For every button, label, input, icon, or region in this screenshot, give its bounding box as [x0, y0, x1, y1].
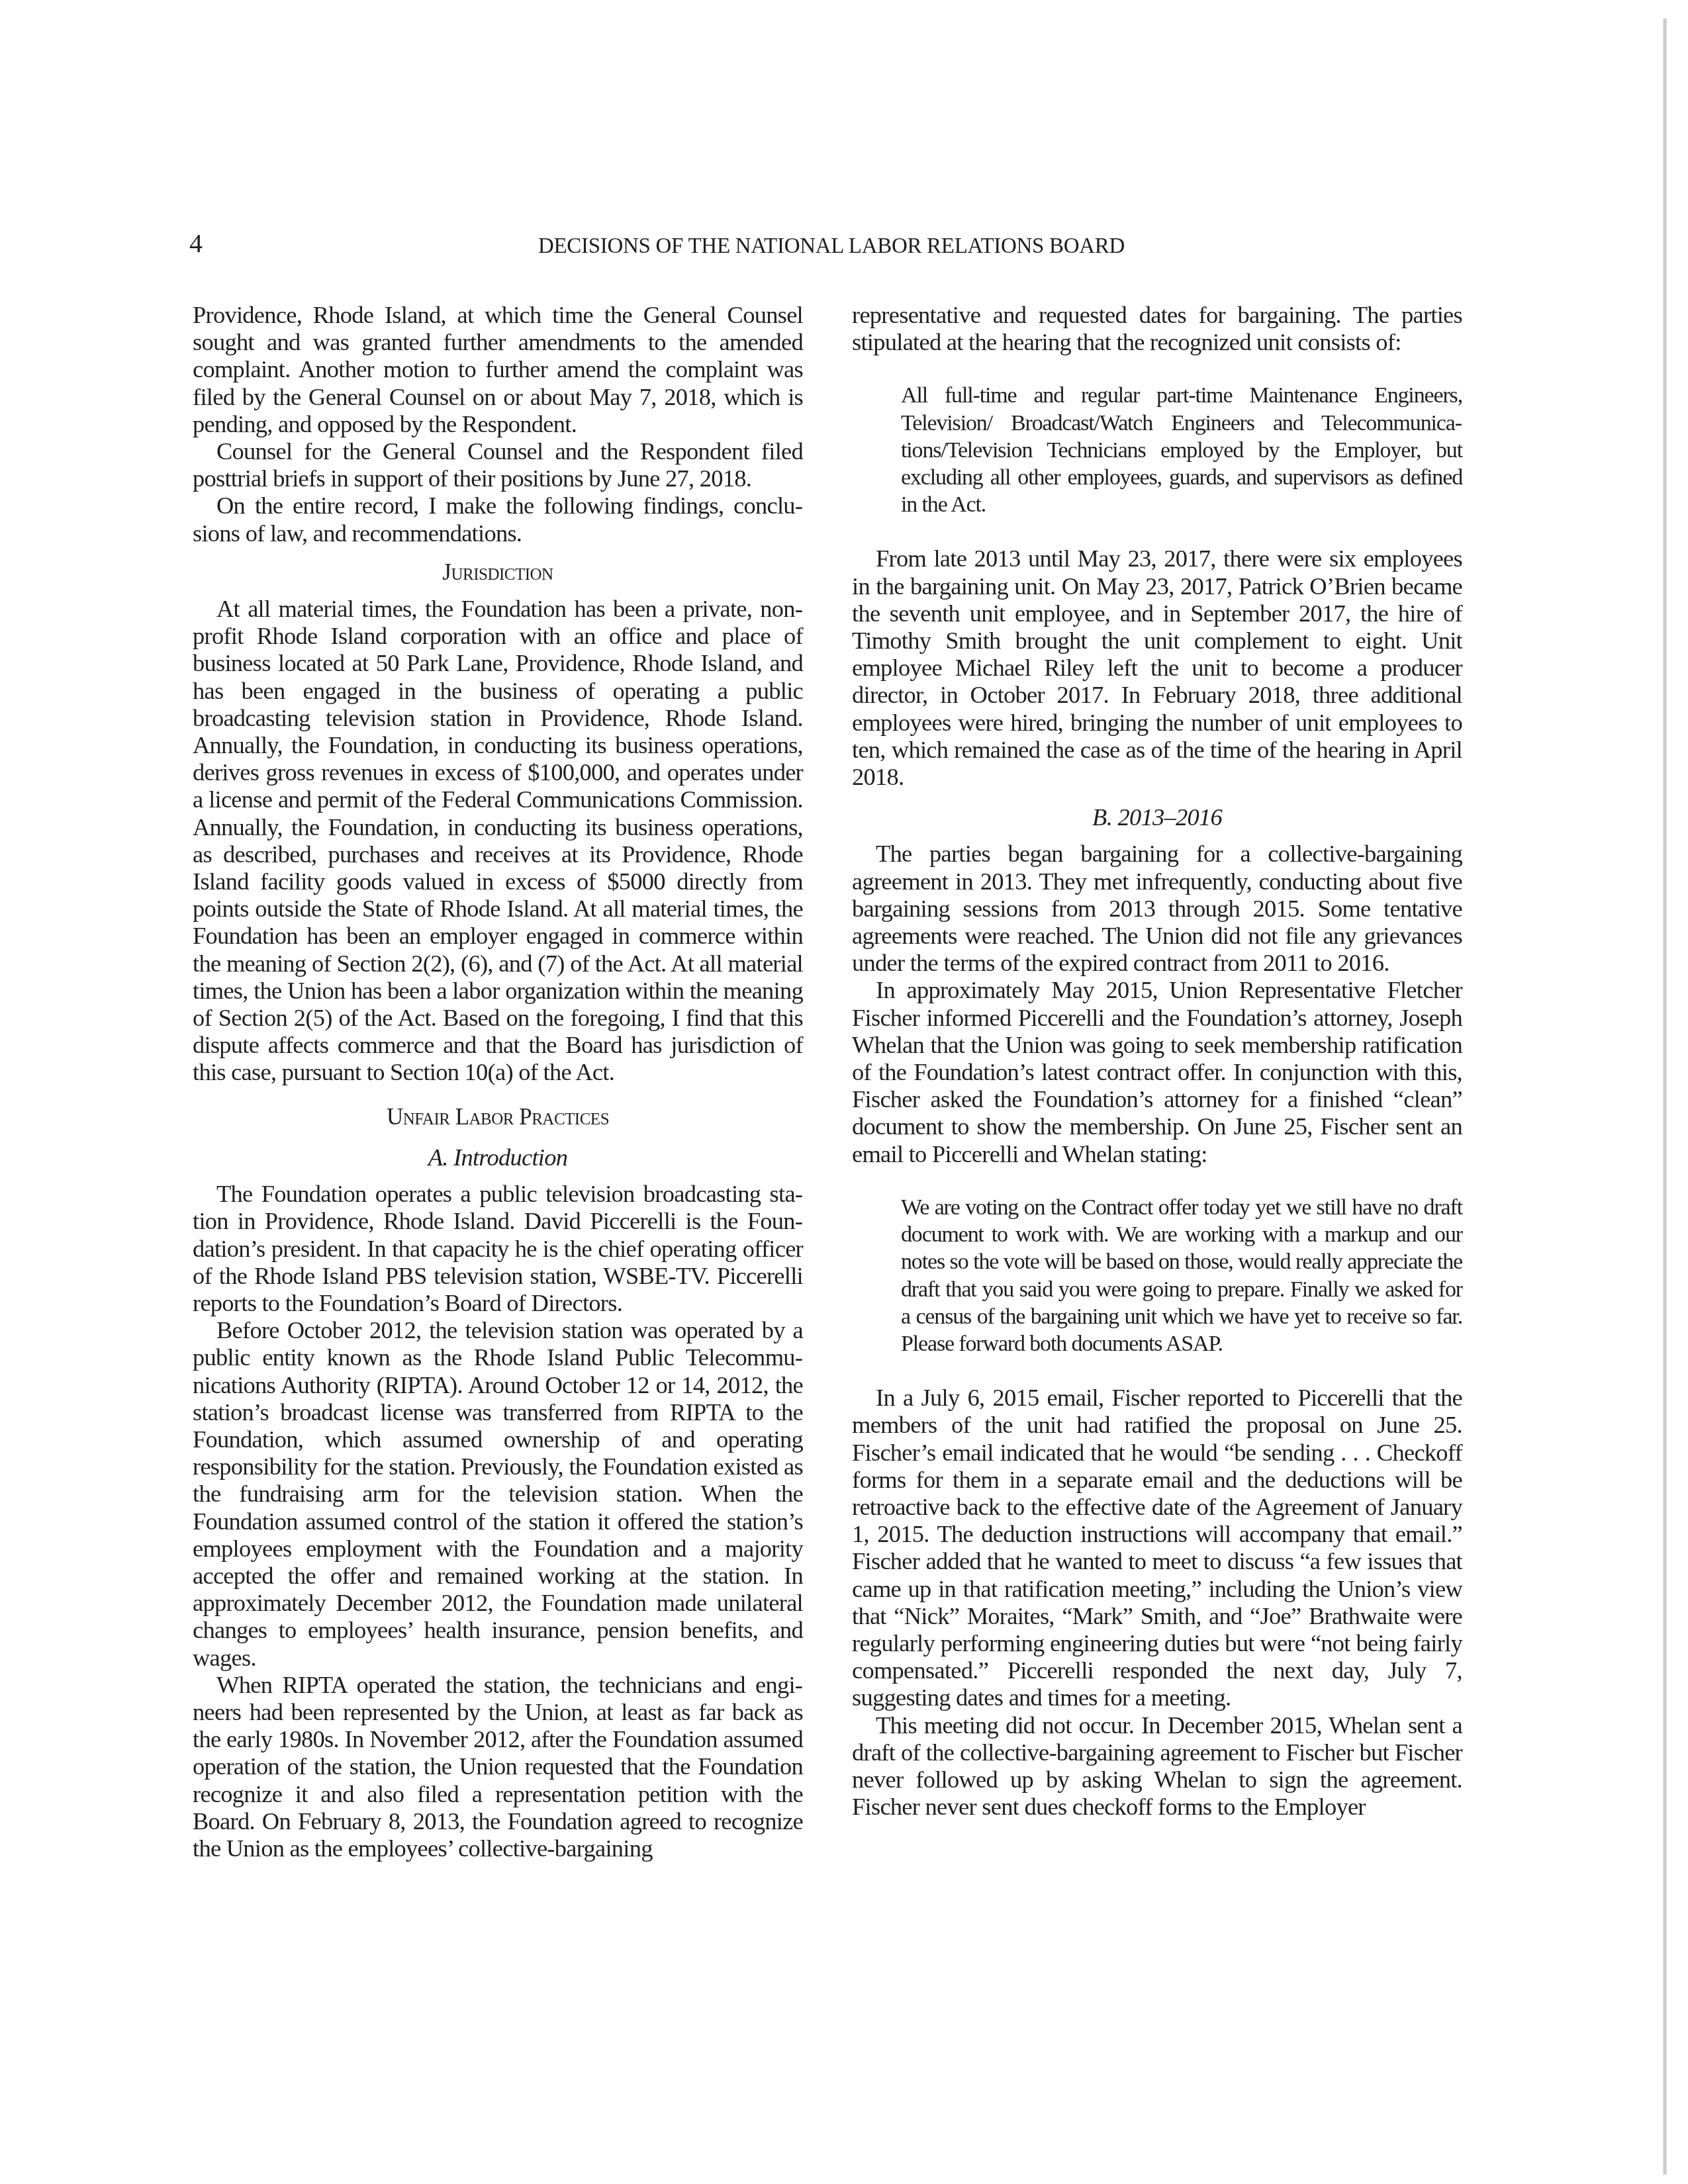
paragraph: This meeting did not occur. In December …: [852, 1711, 1462, 1821]
paragraph: In approximately May 2015, Union Represe…: [852, 976, 1462, 1167]
paragraph: At all material times, the Foundation ha…: [193, 595, 803, 1086]
block-quote-unit-description: All full-time and regular part-time Main…: [901, 382, 1462, 518]
left-column: Providence, Rhode Island, at which time …: [193, 301, 803, 1862]
right-column: representative and requested dates for b…: [852, 301, 1462, 1820]
paragraph: Providence, Rhode Island, at which time …: [193, 301, 803, 437]
section-heading-unfair-labor-practices: Unfair Labor Practices: [193, 1103, 803, 1130]
subsection-heading-introduction: A. Introduction: [193, 1144, 803, 1171]
running-head: DECISIONS OF THE NATIONAL LABOR RELATION…: [192, 233, 1462, 259]
paragraph: When RIPTA operated the station, the tec…: [193, 1671, 803, 1862]
subsection-heading-2013-2016: B. 2013–2016: [852, 803, 1462, 831]
paragraph: In a July 6, 2015 email, Fischer reporte…: [852, 1384, 1462, 1711]
paragraph: Before October 2012, the television stat…: [193, 1316, 803, 1671]
paragraph: Counsel for the General Counsel and the …: [193, 437, 803, 492]
scan-edge-line: [1663, 19, 1667, 2175]
paragraph: From late 2013 until May 23, 2017, there…: [852, 545, 1462, 790]
paragraph: The Foundation operates a public televis…: [193, 1180, 803, 1316]
quote-text: We are voting on the Contract offer toda…: [901, 1194, 1462, 1357]
paragraph: representative and requested dates for b…: [852, 301, 1462, 355]
section-heading-jurisdiction: Jurisdiction: [193, 559, 803, 586]
paragraph: The parties began bargaining for a colle…: [852, 840, 1462, 976]
block-quote-email: We are voting on the Contract offer toda…: [901, 1194, 1462, 1357]
paragraph: On the entire record, I make the followi…: [193, 492, 803, 546]
quote-text: All full-time and regular part-time Main…: [901, 382, 1462, 518]
